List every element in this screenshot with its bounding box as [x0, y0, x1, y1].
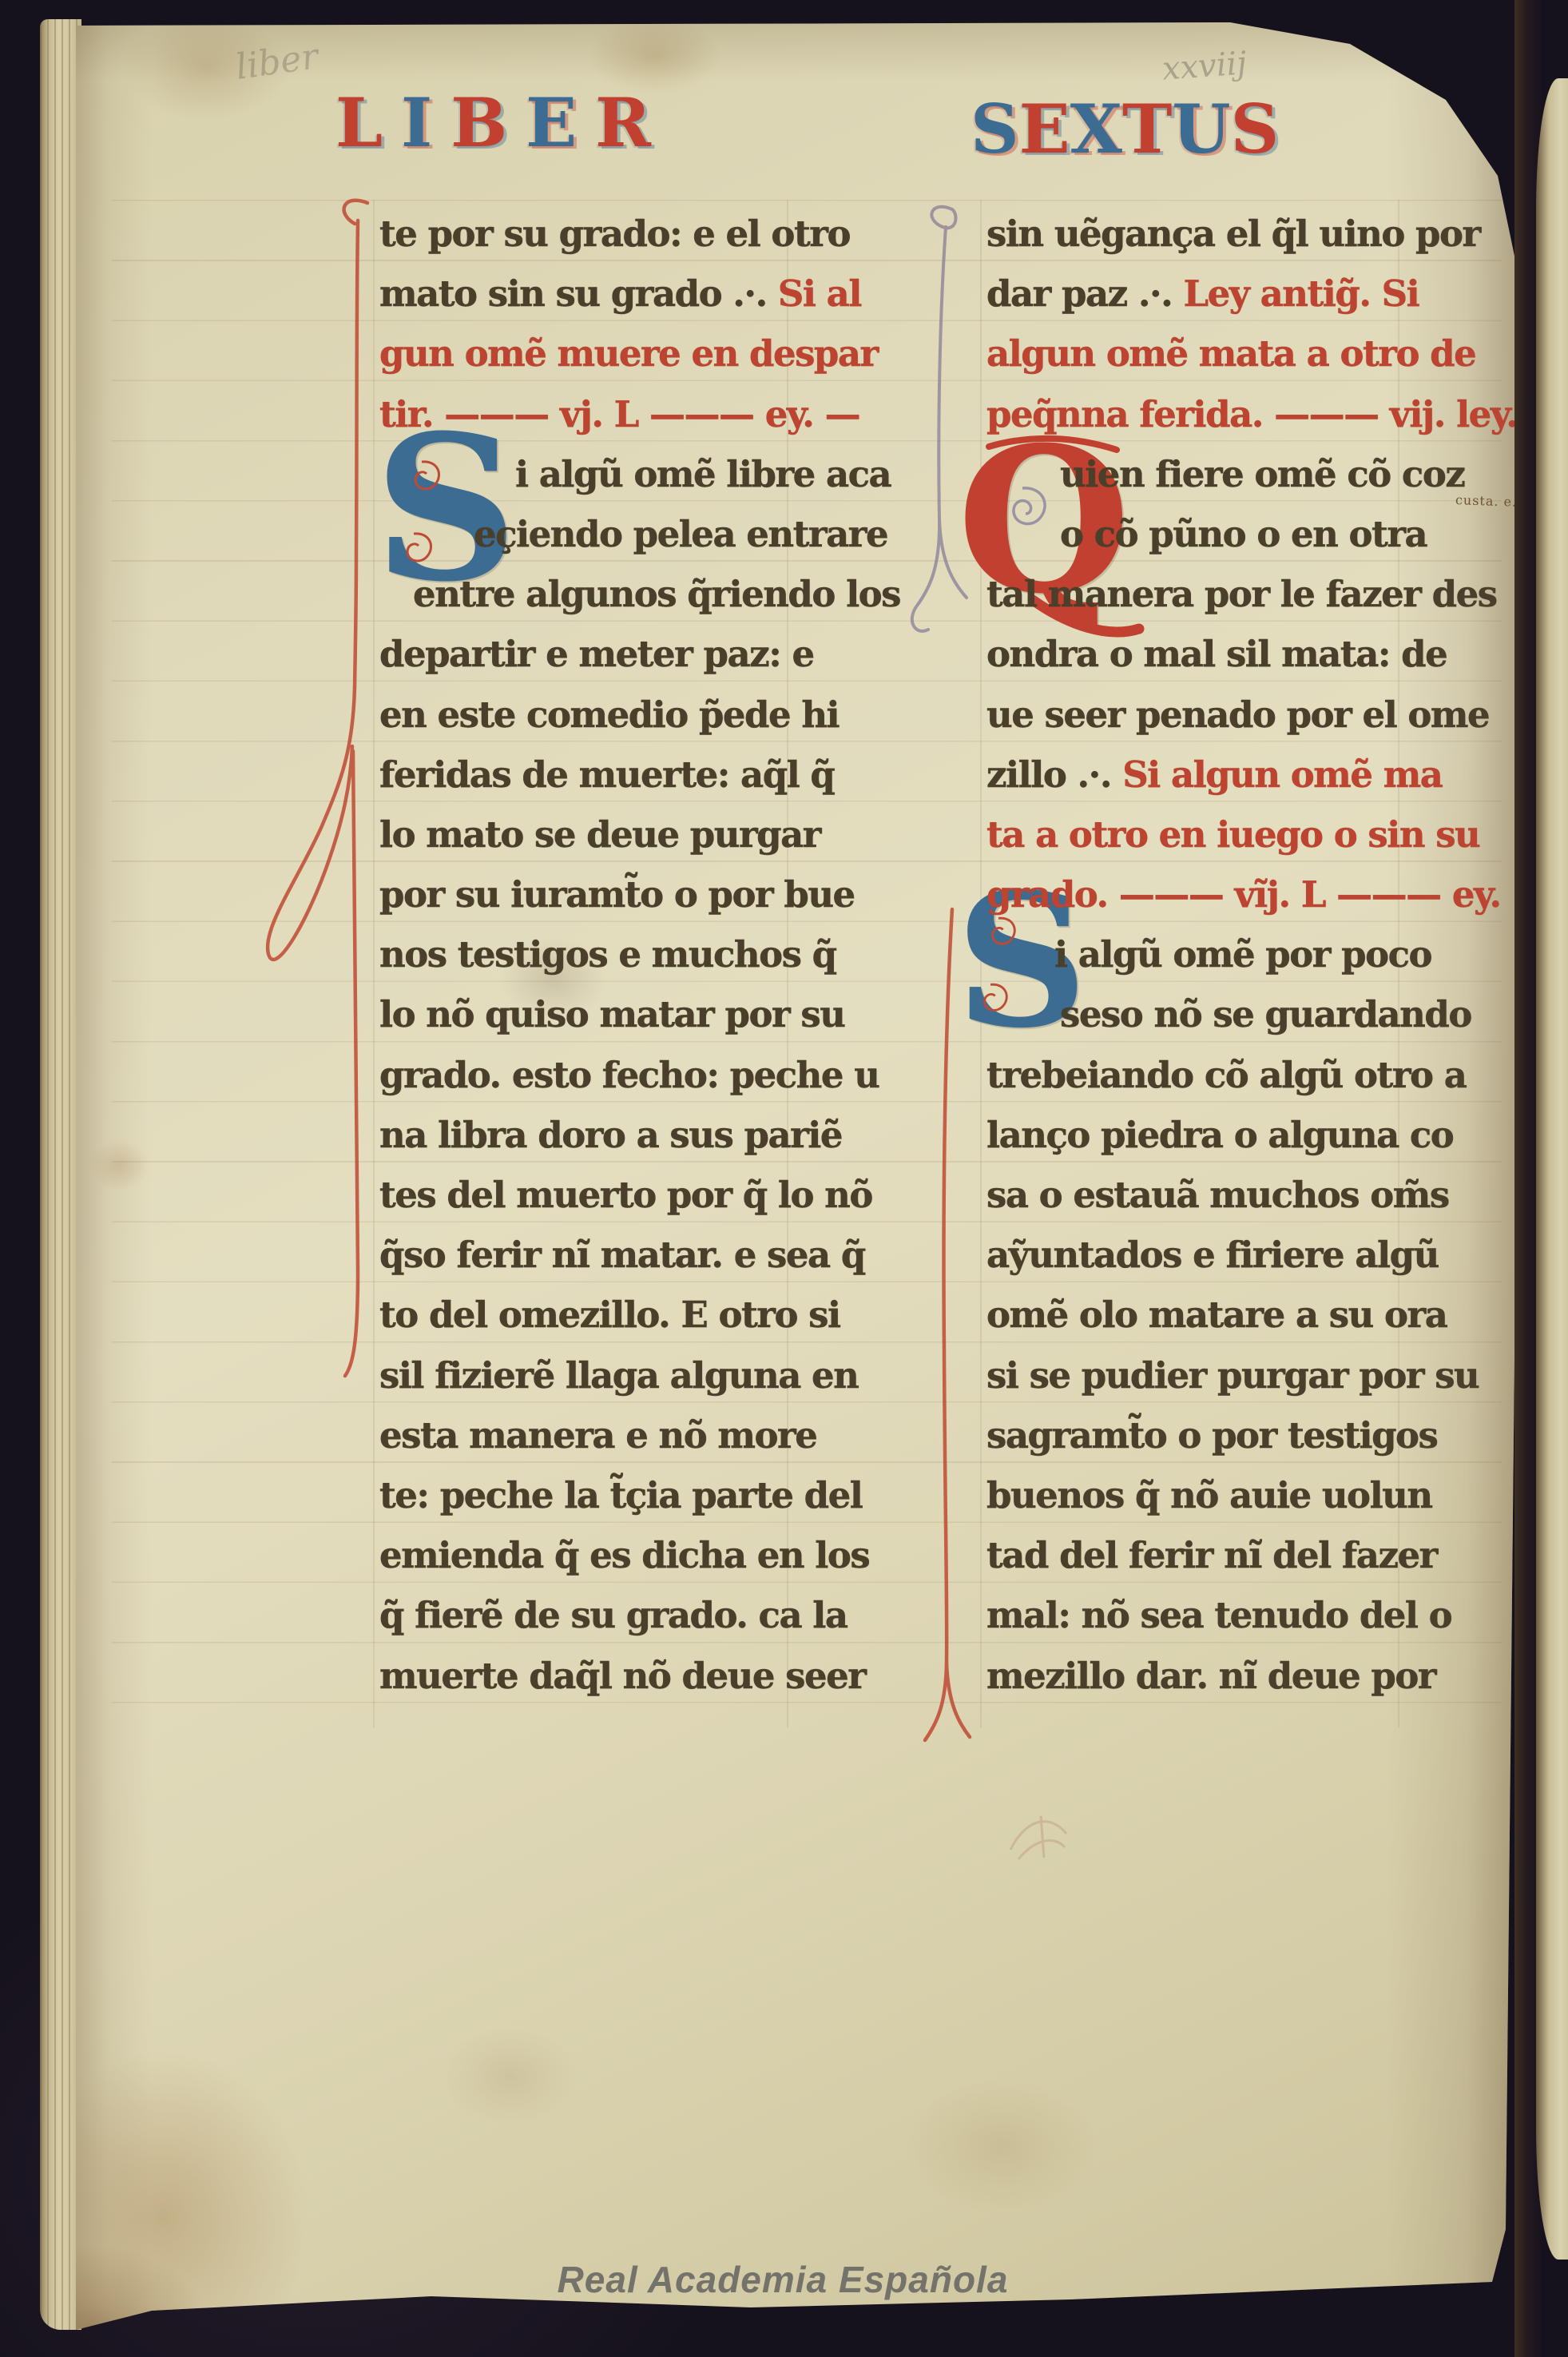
manuscript-line: departir e meter paz: e: [379, 624, 783, 684]
text-segment: dar paz .·.: [986, 272, 1184, 315]
text-segment: na libra doro a sus pariẽ: [379, 1114, 842, 1156]
manuscript-line: gun omẽ muere en despar: [379, 324, 783, 384]
manuscript-line: uien fiere omẽ cõ coz: [986, 444, 1390, 504]
manuscript-line: sagramt̃o o por testigos: [986, 1405, 1390, 1465]
manuscript-line: por su iuramt̃o o por bue: [379, 864, 783, 924]
text-segment: muerte daq̃l nõ deue seer: [379, 1655, 865, 1697]
manuscript-line: lo mato se deue purgar: [379, 805, 783, 864]
text-segment: mato sin su grado .·.: [379, 272, 778, 315]
text-segment: ondra o mal sil mata: de: [986, 633, 1447, 675]
text-segment: te por su grado: e el otro: [379, 213, 850, 255]
book-fore-edges: [40, 19, 81, 2330]
text-segment: por su iuramt̃o o por bue: [379, 873, 855, 916]
pen-flourish-left: [216, 192, 375, 1422]
manuscript-line: dar paz .·. Ley antig̃. Si: [986, 264, 1390, 324]
header-letter: R: [595, 89, 651, 157]
manuscript-line: zillo .·. Si algun omẽ ma: [986, 745, 1390, 805]
text-segment: tal manera por le fazer des: [986, 573, 1497, 615]
manuscript-line: te: peche la t̃çia parte del: [379, 1465, 783, 1525]
manuscript-line: eçiendo pelea entrare: [379, 504, 783, 564]
manuscript-line: feridas de muerte: aq̃l q̃: [379, 745, 783, 805]
text-segment: lo nõ quiso matar por su: [379, 993, 844, 1035]
manuscript-line: q̃so ferir nĩ matar. e sea q̃: [379, 1225, 783, 1285]
manuscript-line: o cõ pũno o en otra: [986, 504, 1390, 564]
manuscript-line: algun omẽ mata a otro de: [986, 324, 1390, 384]
manuscript-line: q̃ fierẽ de su grado. ca la: [379, 1585, 783, 1645]
text-segment: i algũ omẽ libre aca: [515, 453, 891, 495]
manuscript-line: muerte daq̃l nõ deue seer: [379, 1646, 783, 1706]
pencil-note-liber: liber: [233, 36, 320, 88]
manuscript-line: en este comedio p̃ede hi: [379, 685, 783, 745]
manuscript-line: i algũ omẽ libre aca: [379, 444, 783, 504]
text-segment: emienda q̃ es dicha en los: [379, 1534, 869, 1576]
manuscript-line: sil fizierẽ llaga alguna en: [379, 1345, 783, 1405]
manuscript-line: mezillo dar. nĩ deue por: [986, 1646, 1390, 1706]
text-segment: buenos q̃ nõ auie uolun: [986, 1474, 1432, 1516]
parchment-page: liber xxviij LIBER SEXTUS S Q: [76, 21, 1522, 2357]
running-title-sextus: SEXTUS: [971, 96, 1274, 163]
text-segment: Ley antig̃. Si: [1184, 272, 1419, 315]
header-letter: I: [401, 89, 432, 157]
manuscript-line: emienda q̃ es dicha en los: [379, 1525, 783, 1585]
manuscript-line: lanço piedra o alguna co: [986, 1105, 1390, 1165]
text-segment: q̃ fierẽ de su grado. ca la: [379, 1594, 848, 1636]
header-letter: U: [1172, 96, 1230, 163]
text-segment: nos testigos e muchos q̃: [379, 933, 836, 976]
text-segment: departir e meter paz: e: [379, 633, 814, 675]
text-segment: entre algunos q̃riendo los: [413, 573, 900, 615]
text-segment: grado. ——— vĩj. L ——— ey.: [986, 873, 1501, 916]
text-segment: tes del muerto por q̃ lo nõ: [379, 1174, 872, 1216]
text-segment: Si algun omẽ ma: [1122, 753, 1442, 796]
manuscript-scan: liber xxviij LIBER SEXTUS S Q: [0, 0, 1568, 2357]
manuscript-line: tal manera por le fazer des: [986, 564, 1390, 624]
text-segment: omẽ olo matare a su ora: [986, 1294, 1447, 1336]
header-letter: S: [1231, 96, 1280, 163]
text-segment: sil fizierẽ llaga alguna en: [379, 1354, 858, 1397]
text-segment: algun omẽ mata a otro de: [986, 332, 1475, 375]
text-segment: ta a otro en iuego o sin su: [986, 813, 1479, 856]
manuscript-line: i algũ omẽ por poco: [986, 924, 1390, 984]
text-column-left: te por su grado: e el otromato sin su gr…: [379, 204, 783, 1706]
text-segment: tir. ——— vj. L ——— ey. —: [379, 393, 859, 435]
header-letter: E: [1019, 96, 1070, 163]
pencil-folio-number: xxviij: [1161, 45, 1248, 87]
manuscript-line: si se pudier purgar por su: [986, 1345, 1390, 1405]
manuscript-line: mato sin su grado .·. Si al: [379, 264, 783, 324]
manuscript-line: tir. ——— vj. L ——— ey. —: [379, 384, 783, 444]
text-segment: mezillo dar. nĩ deue por: [986, 1655, 1435, 1697]
manuscript-line: mal: nõ sea tenudo del o: [986, 1585, 1390, 1645]
header-letter: X: [1070, 96, 1122, 163]
text-segment: peq̃nna ferida. ——— vij. ley.: [986, 393, 1517, 435]
text-segment: sa o estauã muchos om̃s: [986, 1174, 1449, 1216]
text-segment: feridas de muerte: aq̃l q̃: [379, 753, 834, 796]
text-segment: sin uẽgança el q̃l uino por: [986, 213, 1480, 255]
header-letter: T: [1122, 96, 1173, 163]
text-segment: o cõ pũno o en otra: [1060, 513, 1427, 555]
text-segment: si se pudier purgar por su: [986, 1354, 1479, 1397]
manuscript-line: aỹuntados e firiere algũ: [986, 1225, 1390, 1285]
text-segment: trebeiando cõ algũ otro a: [986, 1054, 1466, 1096]
text-segment: grado. esto fecho: peche u: [379, 1054, 879, 1096]
text-segment: lanço piedra o alguna co: [986, 1114, 1453, 1156]
text-segment: Si al: [778, 272, 861, 315]
text-segment: uien fiere omẽ cõ coz: [1060, 453, 1464, 495]
manuscript-line: lo nõ quiso matar por su: [379, 984, 783, 1044]
text-segment: q̃so ferir nĩ matar. e sea q̃: [379, 1234, 865, 1276]
text-segment: en este comedio p̃ede hi: [379, 694, 839, 736]
text-segment: eçiendo pelea entrare: [474, 513, 887, 555]
manuscript-line: grado. esto fecho: peche u: [379, 1045, 783, 1105]
text-segment: zillo .·.: [986, 753, 1122, 796]
manuscript-line: nos testigos e muchos q̃: [379, 924, 783, 984]
text-column-right: sin uẽgança el q̃l uino pordar paz .·. L…: [986, 204, 1390, 1706]
manuscript-line: omẽ olo matare a su ora: [986, 1285, 1390, 1345]
manuscript-line: seso nõ se guardando: [986, 984, 1390, 1044]
manuscript-line: entre algunos q̃riendo los: [379, 564, 783, 624]
manuscript-line: te por su grado: e el otro: [379, 204, 783, 264]
manuscript-line: na libra doro a sus pariẽ: [379, 1105, 783, 1165]
manuscript-line: grado. ——— vĩj. L ——— ey.: [986, 864, 1390, 924]
faint-doodle: [1002, 1802, 1082, 1874]
text-segment: to del omezillo. E otro si: [379, 1294, 840, 1336]
manuscript-line: ta a otro en iuego o sin su: [986, 805, 1390, 864]
running-title-liber: LIBER: [335, 89, 651, 157]
manuscript-line: to del omezillo. E otro si: [379, 1285, 783, 1345]
manuscript-line: sin uẽgança el q̃l uino por: [986, 204, 1390, 264]
header-letter: S: [971, 96, 1019, 163]
text-segment: aỹuntados e firiere algũ: [986, 1234, 1439, 1276]
text-segment: seso nõ se guardando: [1060, 993, 1471, 1035]
header-letter: B: [451, 89, 507, 157]
text-segment: ue seer penado por el ome: [986, 694, 1489, 736]
text-segment: mal: nõ sea tenudo del o: [986, 1594, 1451, 1636]
text-segment: i algũ omẽ por poco: [1054, 933, 1431, 976]
header-letter: L: [335, 89, 383, 157]
manuscript-line: esta manera e nõ more: [379, 1405, 783, 1465]
text-segment: te: peche la t̃çia parte del: [379, 1474, 862, 1516]
manuscript-line: sa o estauã muchos om̃s: [986, 1165, 1390, 1225]
text-segment: gun omẽ muere en despar: [379, 332, 878, 375]
text-segment: lo mato se deue purgar: [379, 813, 820, 856]
manuscript-line: buenos q̃ nõ auie uolun: [986, 1465, 1390, 1525]
facing-page-edge: [1536, 78, 1568, 2260]
text-segment: tad del ferir nĩ del fazer: [986, 1534, 1437, 1576]
manuscript-line: ondra o mal sil mata: de: [986, 624, 1390, 684]
header-letter: E: [526, 89, 577, 157]
manuscript-line: ue seer penado por el ome: [986, 685, 1390, 745]
manuscript-line: tes del muerto por q̃ lo nõ: [379, 1165, 783, 1225]
manuscript-line: tad del ferir nĩ del fazer: [986, 1525, 1390, 1585]
watermark-caption: Real Academia Española: [304, 2258, 1262, 2301]
text-segment: esta manera e nõ more: [379, 1414, 816, 1457]
manuscript-line: trebeiando cõ algũ otro a: [986, 1045, 1390, 1105]
manuscript-line: peq̃nna ferida. ——— vij. ley.: [986, 384, 1390, 444]
text-segment: sagramt̃o o por testigos: [986, 1414, 1437, 1457]
